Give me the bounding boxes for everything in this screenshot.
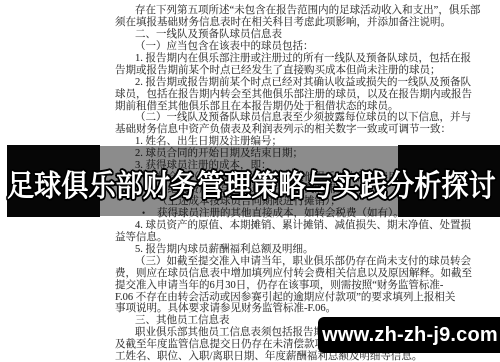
doc-line: 1. 报告期内在俱乐部注册或注册过的所有一线队及预备队球员，包括在报 bbox=[115, 53, 487, 65]
doc-line: 存在下列第五项所述“未包含在报告范围内的足球活动收入和支出”，俱乐部 bbox=[115, 5, 487, 17]
doc-line: 费，则应在球员信息表中增加填列应付转会费相关信息以及原因解释。如截至 bbox=[115, 268, 487, 280]
doc-line: 4. 球员资产的原值、本期摊销、累计摊销、减值损失、期末净值、处置损 bbox=[115, 220, 487, 232]
doc-line: （三）如截至提交准入申请当年，职业俱乐部仍存在尚未支付的球员转会 bbox=[115, 256, 487, 268]
doc-line: 期前租借至其他俱乐部且在本报告期仍处于租借状态的球员。 bbox=[115, 101, 487, 113]
doc-line: 须在填报基础财务信息表时在相关科目考虑此项影响，并添加备注说明。 bbox=[115, 17, 487, 29]
doc-line: 告期或报告期前某个时点已经发生了直接购买成本但尚未注册的球员； bbox=[115, 65, 487, 77]
doc-line: F.06 不存在由转会活动或因参赛引起的逾期应付款项”的要求填列上报相关 bbox=[115, 292, 487, 304]
doc-line: （一）应当包含在该表中的球员包括： bbox=[115, 41, 487, 53]
doc-line: 提交准入申请当年的6月30日，仍存在该事项，则需按照“财务监管标准- bbox=[115, 280, 487, 292]
headline-title: 足球俱乐部财务管理策略与实践分析探讨 bbox=[7, 171, 496, 203]
doc-line: 球员，包括在报告期内转会至其他俱乐部注册的球员，以及在报告期内或报告 bbox=[115, 89, 487, 101]
doc-line: 基础财务信息中资产负债表及利润表列示的相关数字一致或可调节一致： bbox=[115, 124, 487, 136]
doc-line: 2. 报告期或报告期前某个时点已经对其确认收益或损失的一线队及预备队 bbox=[115, 77, 487, 89]
doc-line: 益等信息。 bbox=[115, 232, 487, 244]
article-thumbnail: 存在下列第五项所述“未包含在报告范围内的足球活动收入和支出”，俱乐部须在填报基础… bbox=[0, 0, 500, 362]
watermark-badge: www.zh-zh-j9.com bbox=[318, 317, 500, 353]
doc-line: 二、一线队及预备队球员信息表 bbox=[115, 29, 487, 41]
doc-line: 事项说明。具体要求请参见财务监管标准-F.06。 bbox=[115, 303, 487, 315]
doc-line: （二）一线队及预备队球员信息表至少须披露每位球员的以下信息，并与 bbox=[115, 112, 487, 124]
doc-line: 5. 报告期内球员薪酬福利总额及明细。 bbox=[115, 244, 487, 256]
watermark-url: www.zh-zh-j9.com bbox=[322, 324, 498, 347]
